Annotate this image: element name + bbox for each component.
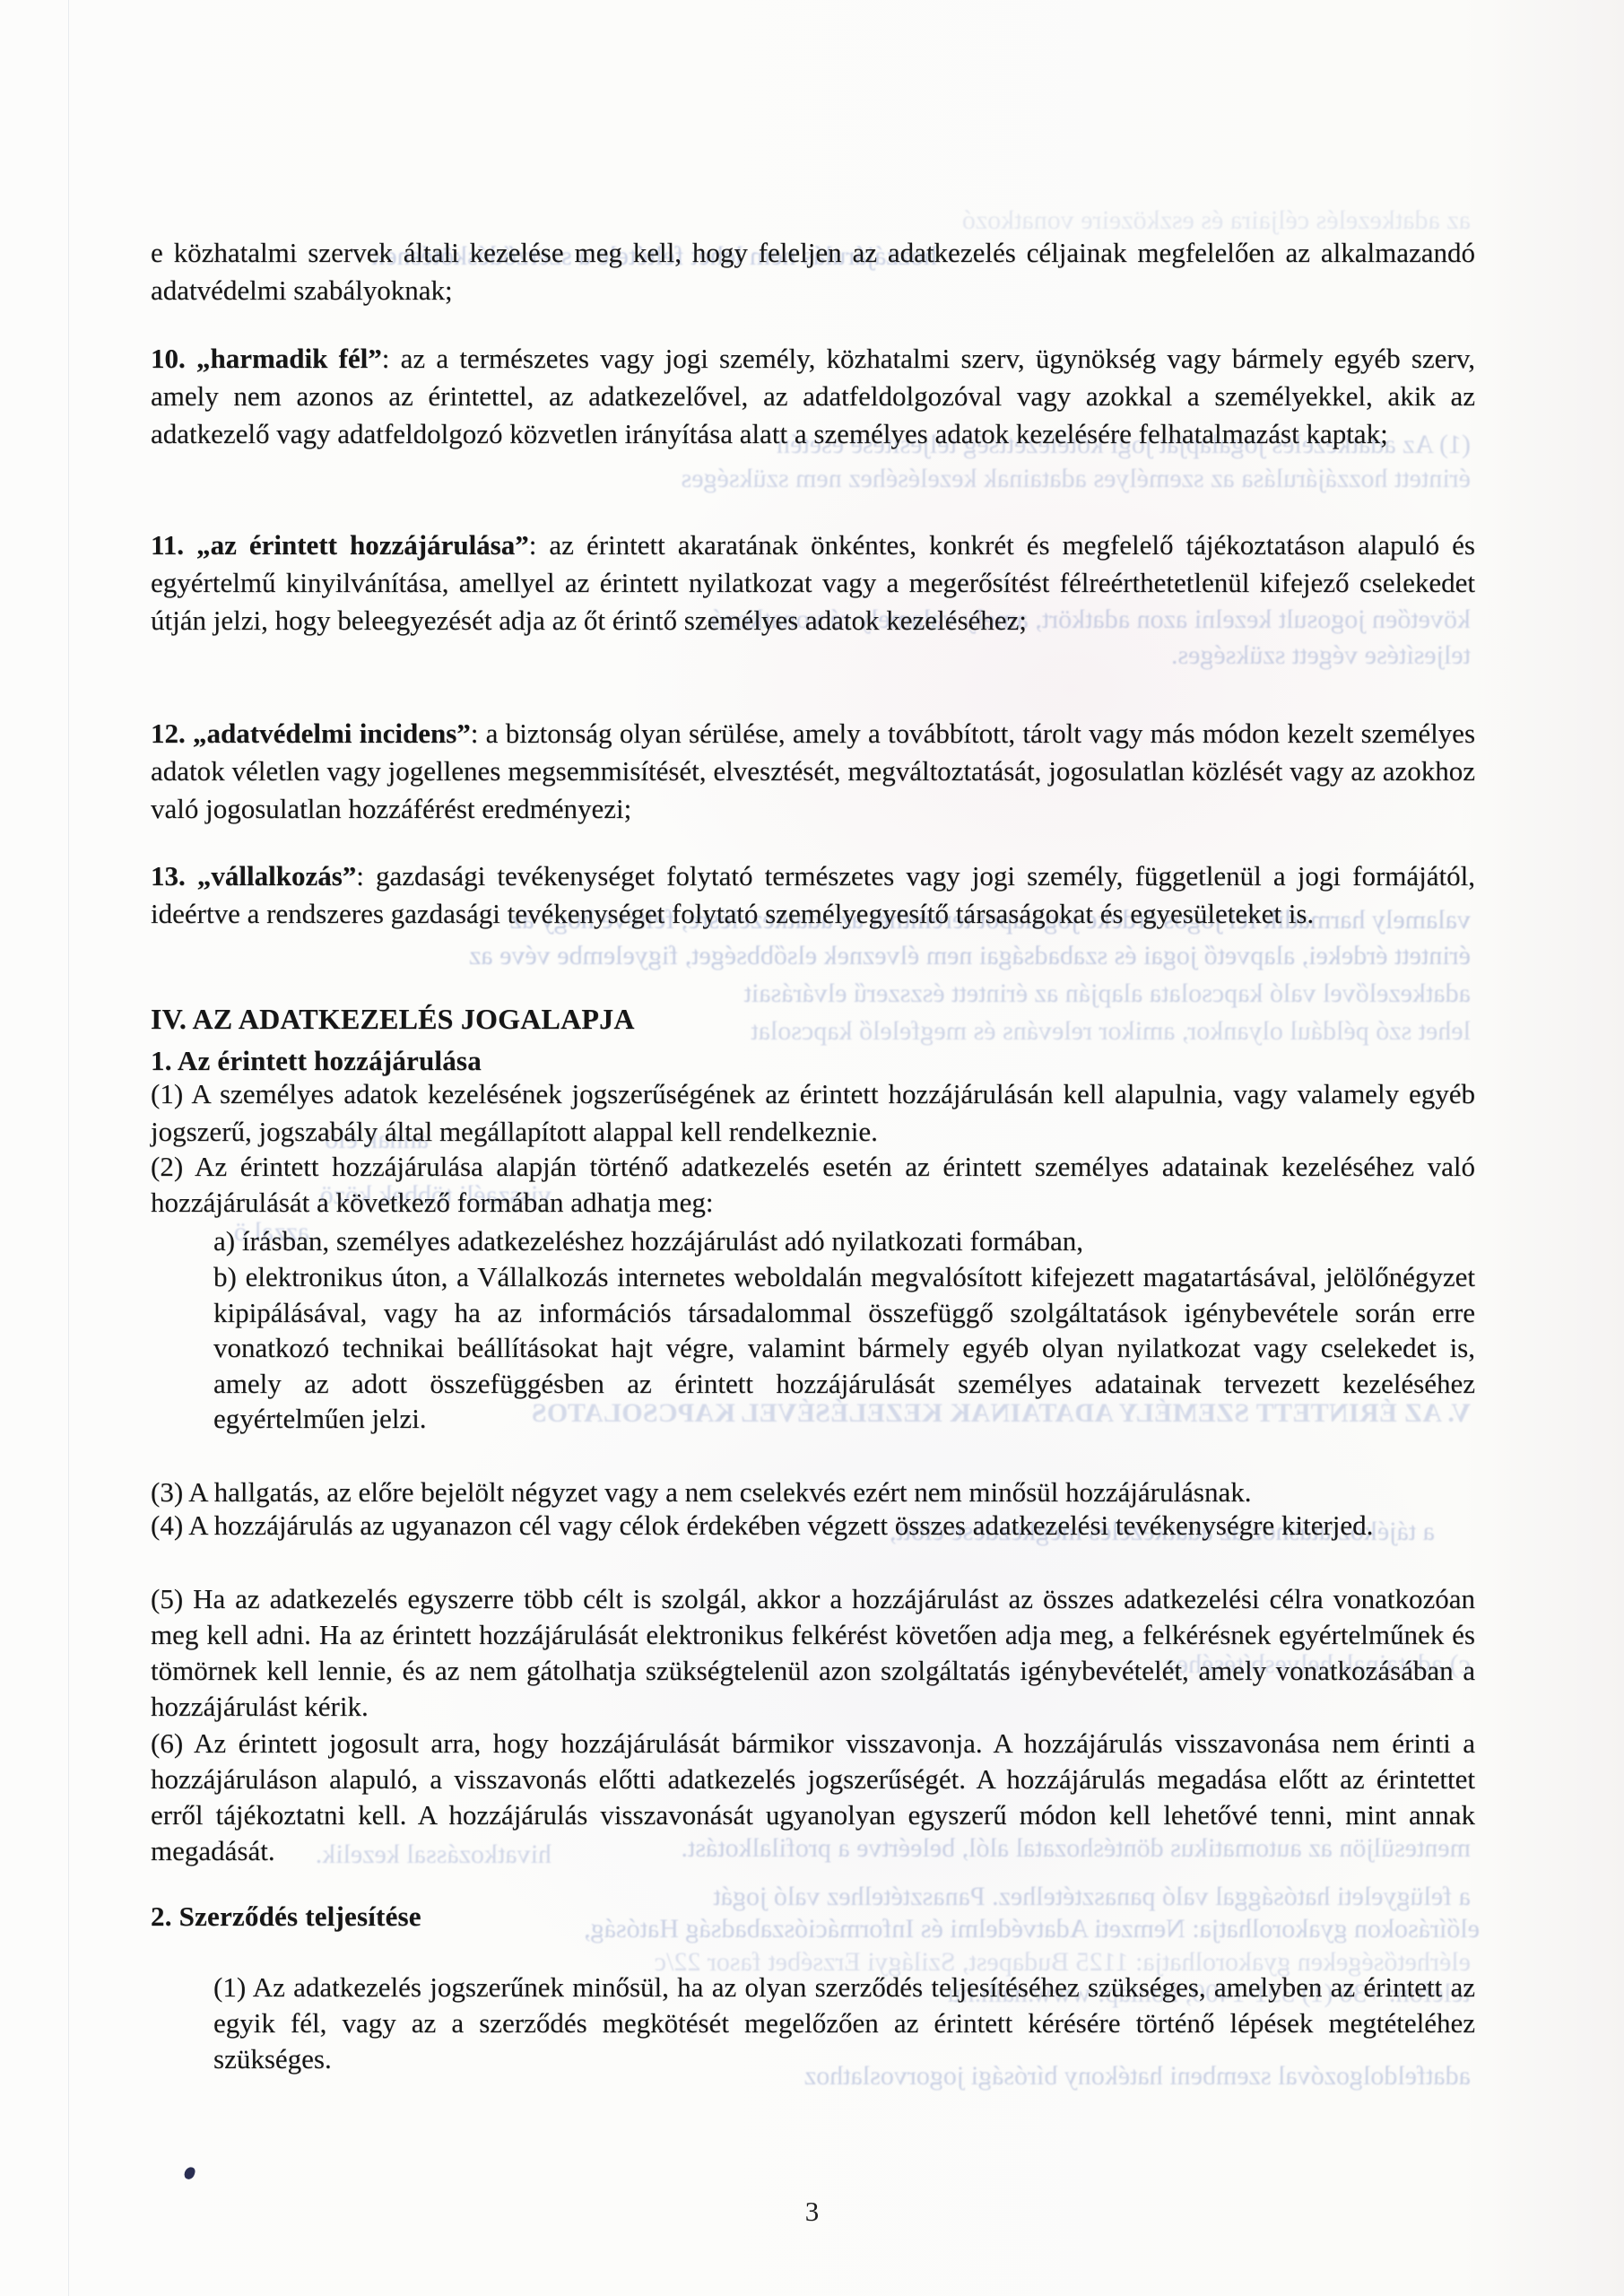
paragraph-intro: e közhatalmi szervek általi kezelése meg… [151,234,1475,309]
ink-speck [183,2166,196,2181]
definition-term: 12. „adatvédelmi incidens” [151,717,471,749]
paragraph-iv-5: (5) Ha az adatkezelés egyszerre több cél… [151,1581,1475,1725]
subsection-heading-1: 1. Az érintett hozzájárulása [151,1042,1475,1080]
paragraph-iv-6: (6) Az érintett jogosult arra, hogy hozz… [151,1726,1475,1869]
paragraph-contract-1: (1) Az adatkezelés jogszerűnek minősül, … [213,1970,1475,2077]
definition-11: 11. „az érintett hozzájárulása”: az érin… [151,526,1475,639]
bleedthrough-line: érintett érdekei, alapvető jogai és szab… [224,940,1471,972]
subsection-heading-2: 2. Szerződés teljesítése [151,1898,1475,1935]
paragraph-iv-2: (2) Az érintett hozzájárulása alapján tö… [151,1149,1475,1221]
paragraph-iv-3: (3) A hallgatás, az előre bejelölt négyz… [151,1474,1475,1511]
list-item-a: a) írásban, személyes adatkezeléshez hoz… [213,1222,1475,1260]
section-heading-iv: IV. AZ ADATKEZELÉS JOGALAPJA [151,1000,1475,1038]
list-item-b: b) elektronikus úton, a Vállalkozás inte… [213,1259,1475,1437]
paragraph-iv-4: (4) A hozzájárulás az ugyanazon cél vagy… [151,1508,1475,1544]
definition-12: 12. „adatvédelmi incidens”: a biztonság … [151,715,1475,828]
bleedthrough-line: érintett hozzájárulása az személyes adat… [269,463,1471,495]
page-number: 3 [805,2196,820,2228]
bleedthrough-line: teljesítése végett szükséges. [861,639,1471,672]
scanned-document-page: az adatkezelés céljaira és eszközeire vo… [0,0,1624,2296]
definition-term: 13. „vállalkozás” [151,860,356,891]
scan-artifact-line [68,0,69,2296]
definition-10: 10. „harmadik fél”: az a természetes vag… [151,340,1475,453]
definition-13: 13. „vállalkozás”: gazdasági tevékenység… [151,857,1475,933]
definition-term: 11. „az érintett hozzájárulása” [151,529,529,561]
bleedthrough-line: az adatkezelés céljaira és eszközeire vo… [771,204,1471,237]
definition-term: 10. „harmadik fél” [151,343,382,374]
paragraph-iv-1: (1) A személyes adatok kezelésének jogsz… [151,1075,1475,1151]
